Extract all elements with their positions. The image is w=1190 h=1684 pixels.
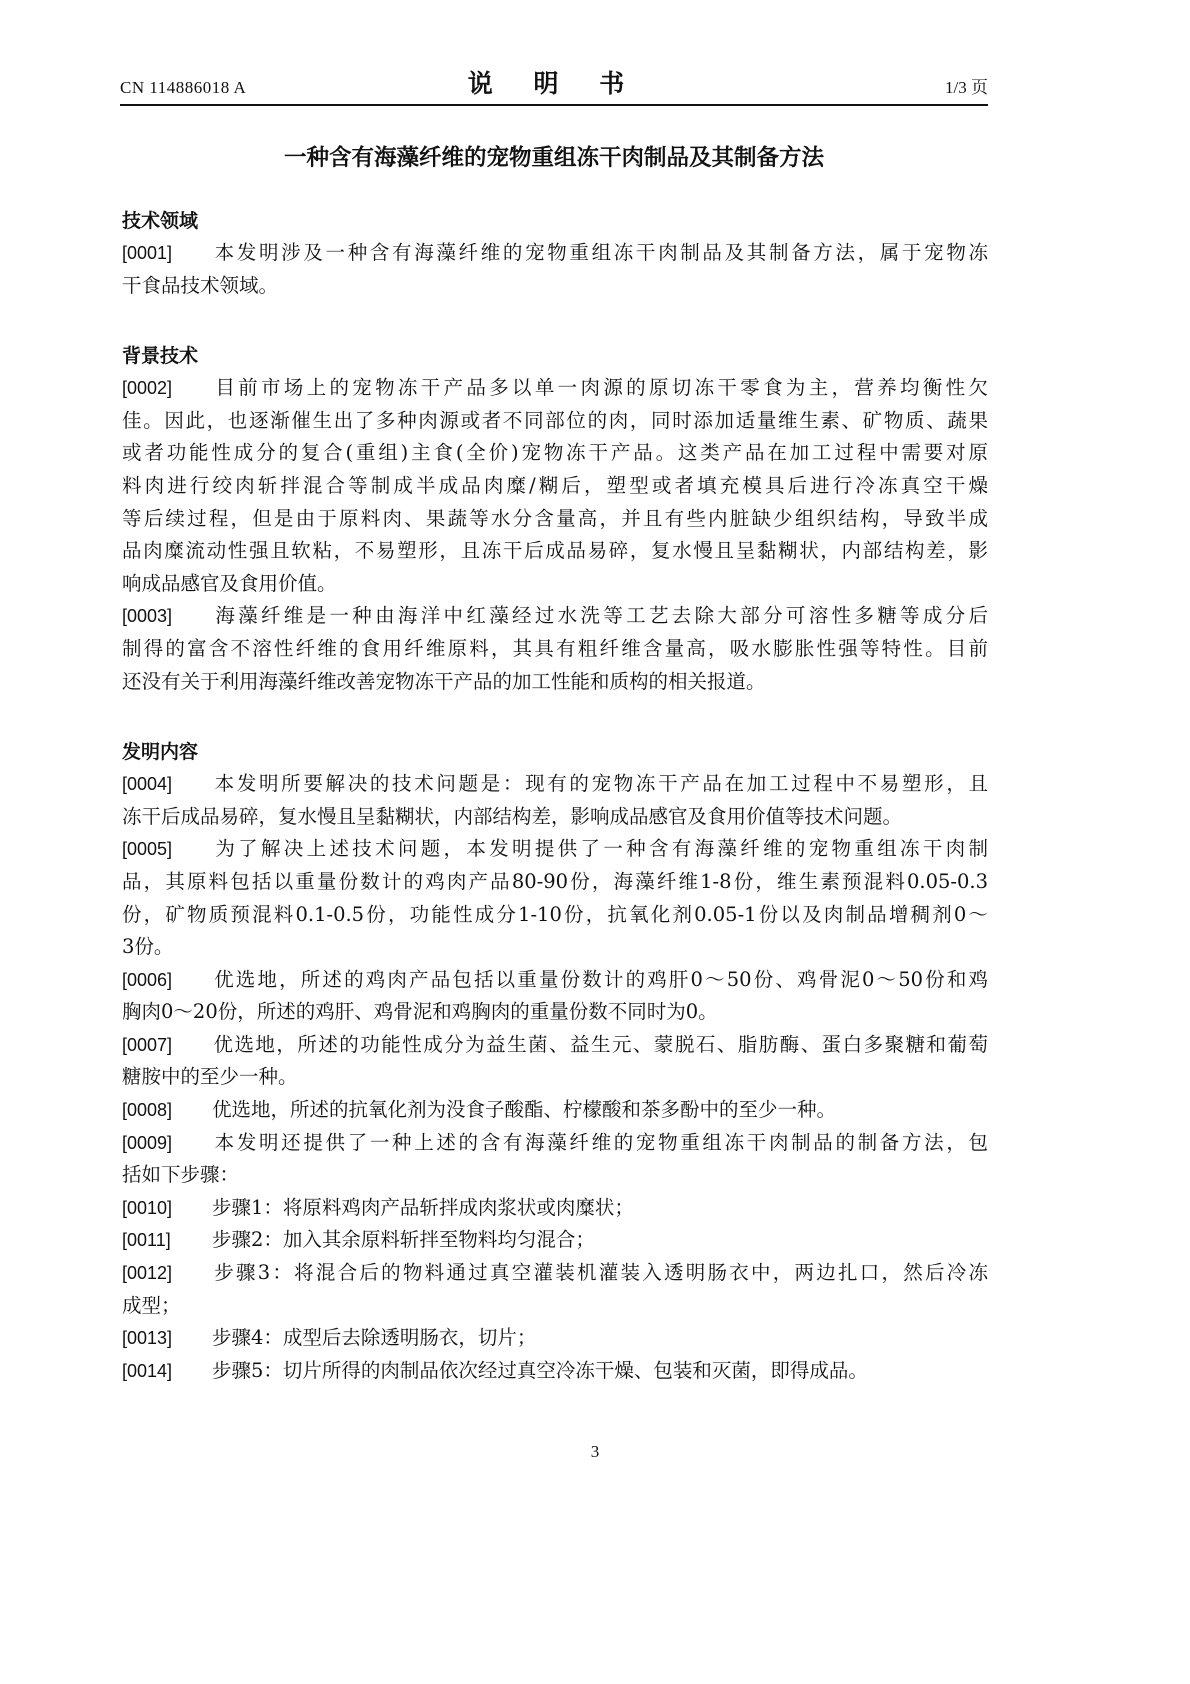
paragraph: [0004]本发明所要解决的技术问题是：现有的宠物冻干产品在加工过程中不易塑形，…: [122, 768, 988, 833]
paragraph-text: 份，矿物质预混料0.1-0.5份，功能性成分1-10份，抗氧化剂0.05-1份以…: [122, 903, 988, 926]
section-heading: 背景技术: [122, 340, 988, 372]
paragraph: [0002]目前市场上的宠物冻干产品多以单一肉源的原切冻干零食为主，营养均衡性欠…: [122, 372, 988, 600]
section-heading: 技术领域: [122, 205, 988, 237]
paragraph-number: [0013]: [122, 1322, 212, 1355]
paragraph-number: [0003]: [122, 600, 212, 633]
paragraph-line: 品，其原料包括以重量份数计的鸡肉产品80-90份，海藻纤维1-8份，维生素预混料…: [122, 866, 988, 899]
paragraph-line: [0003]海藻纤维是一种由海洋中红藻经过水洗等工艺去除大部分可溶性多糖等成分后: [122, 600, 988, 633]
paragraph-text: 等后续过程，但是由于原料肉、果蔬等水分含量高，并且有些内脏缺少组织结构，导致半成: [122, 507, 988, 530]
paragraph-line: 糖胺中的至少一种。: [122, 1061, 988, 1094]
paragraph-text: 步骤1：将原料鸡肉产品斩拌成肉浆状或肉糜状；: [212, 1196, 634, 1219]
paragraph-line: 成型；: [122, 1290, 988, 1323]
paragraph-text: 响成品感官及食用价值。: [122, 572, 337, 595]
section-gap: [122, 698, 988, 736]
paragraph-line: 响成品感官及食用价值。: [122, 568, 988, 601]
paragraph-text: 冻干后成品易碎，复水慢且呈黏糊状，内部结构差，影响成品感官及食用价值等技术问题。: [122, 805, 902, 828]
paragraph-text: 为了解决上述技术问题，本发明提供了一种含有海藻纤维的宠物重组冻干肉制: [212, 837, 988, 860]
paragraph-number: [0010]: [122, 1192, 212, 1225]
paragraph-text: 佳。因此，也逐渐催生出了多种肉源或者不同部位的肉，同时添加适量维生素、矿物质、蔬…: [122, 409, 988, 432]
paragraph-text: 步骤2：加入其余原料斩拌至物料均匀混合；: [212, 1228, 595, 1251]
header-rule: [120, 104, 988, 106]
paragraph-text: 优选地，所述的功能性成分为益生菌、益生元、蒙脱石、脂肪酶、蛋白多聚糖和葡萄: [212, 1033, 988, 1056]
paragraph-line: 干食品技术领域。: [122, 270, 988, 303]
paragraph-line: [0005]为了解决上述技术问题，本发明提供了一种含有海藻纤维的宠物重组冻干肉制: [122, 833, 988, 866]
paragraph-number: [0011]: [122, 1224, 212, 1257]
paragraph-line: 料肉进行绞肉斩拌混合等制成半成品肉糜/糊后，塑型或者填充模具后进行冷冻真空干燥: [122, 470, 988, 503]
paragraph: [0012]步骤3：将混合后的物料通过真空灌装机灌装入透明肠衣中，两边扎口，然后…: [122, 1257, 988, 1322]
page-indicator: 1/3 页: [945, 73, 988, 98]
paragraph-text: 括如下步骤：: [122, 1163, 239, 1186]
paragraph-text: 步骤4：成型后去除透明肠衣，切片；: [212, 1326, 536, 1349]
paragraph-line: 或者功能性成分的复合(重组)主食(全价)宠物冻干产品。这类产品在加工过程中需要对…: [122, 437, 988, 470]
paragraph-line: [0014]步骤5：切片所得的肉制品依次经过真空冷冻干燥、包装和灭菌，即得成品。: [122, 1355, 988, 1388]
document-type: 说 明 书: [120, 64, 988, 100]
paragraph-number: [0012]: [122, 1257, 212, 1290]
paragraph-text: 本发明涉及一种含有海藻纤维的宠物重组冻干肉制品及其制备方法，属于宠物冻: [212, 241, 988, 264]
paragraph-number: [0009]: [122, 1127, 212, 1160]
paragraph: [0009]本发明还提供了一种上述的含有海藻纤维的宠物重组冻干肉制品的制备方法，…: [122, 1127, 988, 1192]
paragraph-number: [0007]: [122, 1029, 212, 1062]
paragraph-text: 品，其原料包括以重量份数计的鸡肉产品80-90份，海藻纤维1-8份，维生素预混料…: [122, 870, 988, 893]
page-header: CN 114886018 A 说 明 书 1/3 页: [120, 62, 988, 106]
document-body: 技术领域[0001]本发明涉及一种含有海藻纤维的宠物重组冻干肉制品及其制备方法，…: [122, 205, 988, 1387]
paragraph-text: 品肉糜流动性强且软粘，不易塑形，且冻干后成品易碎，复水慢且呈黏糊状，内部结构差，…: [122, 539, 988, 562]
paragraph: [0003]海藻纤维是一种由海洋中红藻经过水洗等工艺去除大部分可溶性多糖等成分后…: [122, 600, 988, 698]
paragraph-text: 步骤5：切片所得的肉制品依次经过真空冷冻干燥、包装和灭菌，即得成品。: [212, 1359, 868, 1382]
paragraph-text: 步骤3：将混合后的物料通过真空灌装机灌装入透明肠衣中，两边扎口，然后冷冻: [212, 1261, 988, 1284]
paragraph-line: [0002]目前市场上的宠物冻干产品多以单一肉源的原切冻干零食为主，营养均衡性欠: [122, 372, 988, 405]
paragraph-text: 3份。: [122, 935, 173, 958]
paragraph-number: [0014]: [122, 1355, 212, 1388]
paragraph: [0013]步骤4：成型后去除透明肠衣，切片；: [122, 1322, 988, 1355]
paragraph-line: [0008]优选地，所述的抗氧化剂为没食子酸酯、柠檬酸和茶多酚中的至少一种。: [122, 1094, 988, 1127]
document-title: 一种含有海藻纤维的宠物重组冻干肉制品及其制备方法: [120, 140, 988, 172]
paragraph-number: [0008]: [122, 1094, 212, 1127]
paragraph: [0008]优选地，所述的抗氧化剂为没食子酸酯、柠檬酸和茶多酚中的至少一种。: [122, 1094, 988, 1127]
paragraph-line: [0004]本发明所要解决的技术问题是：现有的宠物冻干产品在加工过程中不易塑形，…: [122, 768, 988, 801]
paragraph-text: 成型；: [122, 1294, 181, 1317]
paragraph-text: 干食品技术领域。: [122, 274, 278, 297]
paragraph-line: 品肉糜流动性强且软粘，不易塑形，且冻干后成品易碎，复水慢且呈黏糊状，内部结构差，…: [122, 535, 988, 568]
paragraph-line: [0011]步骤2：加入其余原料斩拌至物料均匀混合；: [122, 1224, 988, 1257]
paragraph-line: 佳。因此，也逐渐催生出了多种肉源或者不同部位的肉，同时添加适量维生素、矿物质、蔬…: [122, 405, 988, 438]
paragraph-text: 还没有关于利用海藻纤维改善宠物冻干产品的加工性能和质构的相关报道。: [122, 670, 766, 693]
paragraph: [0001]本发明涉及一种含有海藻纤维的宠物重组冻干肉制品及其制备方法，属于宠物…: [122, 237, 988, 302]
paragraph-text: 优选地，所述的抗氧化剂为没食子酸酯、柠檬酸和茶多酚中的至少一种。: [212, 1098, 836, 1121]
paragraph-text: 本发明所要解决的技术问题是：现有的宠物冻干产品在加工过程中不易塑形，且: [212, 772, 988, 795]
paragraph: [0005]为了解决上述技术问题，本发明提供了一种含有海藻纤维的宠物重组冻干肉制…: [122, 833, 988, 963]
paragraph-number: [0004]: [122, 768, 212, 801]
paragraph-text: 海藻纤维是一种由海洋中红藻经过水洗等工艺去除大部分可溶性多糖等成分后: [212, 604, 988, 627]
paragraph: [0010]步骤1：将原料鸡肉产品斩拌成肉浆状或肉糜状；: [122, 1192, 988, 1225]
paragraph-text: 糖胺中的至少一种。: [122, 1065, 298, 1088]
paragraph-line: 冻干后成品易碎，复水慢且呈黏糊状，内部结构差，影响成品感官及食用价值等技术问题。: [122, 801, 988, 834]
paragraph-line: [0013]步骤4：成型后去除透明肠衣，切片；: [122, 1322, 988, 1355]
paragraph-line: [0010]步骤1：将原料鸡肉产品斩拌成肉浆状或肉糜状；: [122, 1192, 988, 1225]
paragraph-text: 本发明还提供了一种上述的含有海藻纤维的宠物重组冻干肉制品的制备方法，包: [212, 1131, 988, 1154]
page-number: 3: [0, 1442, 1190, 1462]
paragraph-line: 份，矿物质预混料0.1-0.5份，功能性成分1-10份，抗氧化剂0.05-1份以…: [122, 899, 988, 932]
paragraph-text: 或者功能性成分的复合(重组)主食(全价)宠物冻干产品。这类产品在加工过程中需要对…: [122, 441, 988, 464]
paragraph: [0007]优选地，所述的功能性成分为益生菌、益生元、蒙脱石、脂肪酶、蛋白多聚糖…: [122, 1029, 988, 1094]
paragraph-line: [0001]本发明涉及一种含有海藻纤维的宠物重组冻干肉制品及其制备方法，属于宠物…: [122, 237, 988, 270]
paragraph-text: 料肉进行绞肉斩拌混合等制成半成品肉糜/糊后，塑型或者填充模具后进行冷冻真空干燥: [122, 474, 988, 497]
paragraph-line: 胸肉0～20份，所述的鸡肝、鸡骨泥和鸡胸肉的重量份数不同时为0。: [122, 996, 988, 1029]
paragraph: [0014]步骤5：切片所得的肉制品依次经过真空冷冻干燥、包装和灭菌，即得成品。: [122, 1355, 988, 1388]
paragraph-text: 胸肉0～20份，所述的鸡肝、鸡骨泥和鸡胸肉的重量份数不同时为0。: [122, 1000, 718, 1023]
paragraph-number: [0005]: [122, 833, 212, 866]
paragraph: [0011]步骤2：加入其余原料斩拌至物料均匀混合；: [122, 1224, 988, 1257]
paragraph-number: [0002]: [122, 372, 212, 405]
paragraph-line: [0009]本发明还提供了一种上述的含有海藻纤维的宠物重组冻干肉制品的制备方法，…: [122, 1127, 988, 1160]
paragraph-text: 制得的富含不溶性纤维的食用纤维原料，其具有粗纤维含量高，吸水膨胀性强等特性。目前: [122, 637, 988, 660]
paragraph-line: 还没有关于利用海藻纤维改善宠物冻干产品的加工性能和质构的相关报道。: [122, 666, 988, 699]
section-heading: 发明内容: [122, 736, 988, 768]
section-gap: [122, 302, 988, 340]
paragraph-line: [0007]优选地，所述的功能性成分为益生菌、益生元、蒙脱石、脂肪酶、蛋白多聚糖…: [122, 1029, 988, 1062]
paragraph-text: 目前市场上的宠物冻干产品多以单一肉源的原切冻干零食为主，营养均衡性欠: [212, 376, 988, 399]
paragraph-line: [0006]优选地，所述的鸡肉产品包括以重量份数计的鸡肝0～50份、鸡骨泥0～5…: [122, 964, 988, 997]
paragraph: [0006]优选地，所述的鸡肉产品包括以重量份数计的鸡肝0～50份、鸡骨泥0～5…: [122, 964, 988, 1029]
paragraph-line: 等后续过程，但是由于原料肉、果蔬等水分含量高，并且有些内脏缺少组织结构，导致半成: [122, 503, 988, 536]
paragraph-line: [0012]步骤3：将混合后的物料通过真空灌装机灌装入透明肠衣中，两边扎口，然后…: [122, 1257, 988, 1290]
paragraph-text: 优选地，所述的鸡肉产品包括以重量份数计的鸡肝0～50份、鸡骨泥0～50份和鸡: [212, 968, 988, 991]
paragraph-line: 3份。: [122, 931, 988, 964]
paragraph-line: 括如下步骤：: [122, 1159, 988, 1192]
paragraph-number: [0001]: [122, 237, 212, 270]
paragraph-line: 制得的富含不溶性纤维的食用纤维原料，其具有粗纤维含量高，吸水膨胀性强等特性。目前: [122, 633, 988, 666]
paragraph-number: [0006]: [122, 964, 212, 997]
